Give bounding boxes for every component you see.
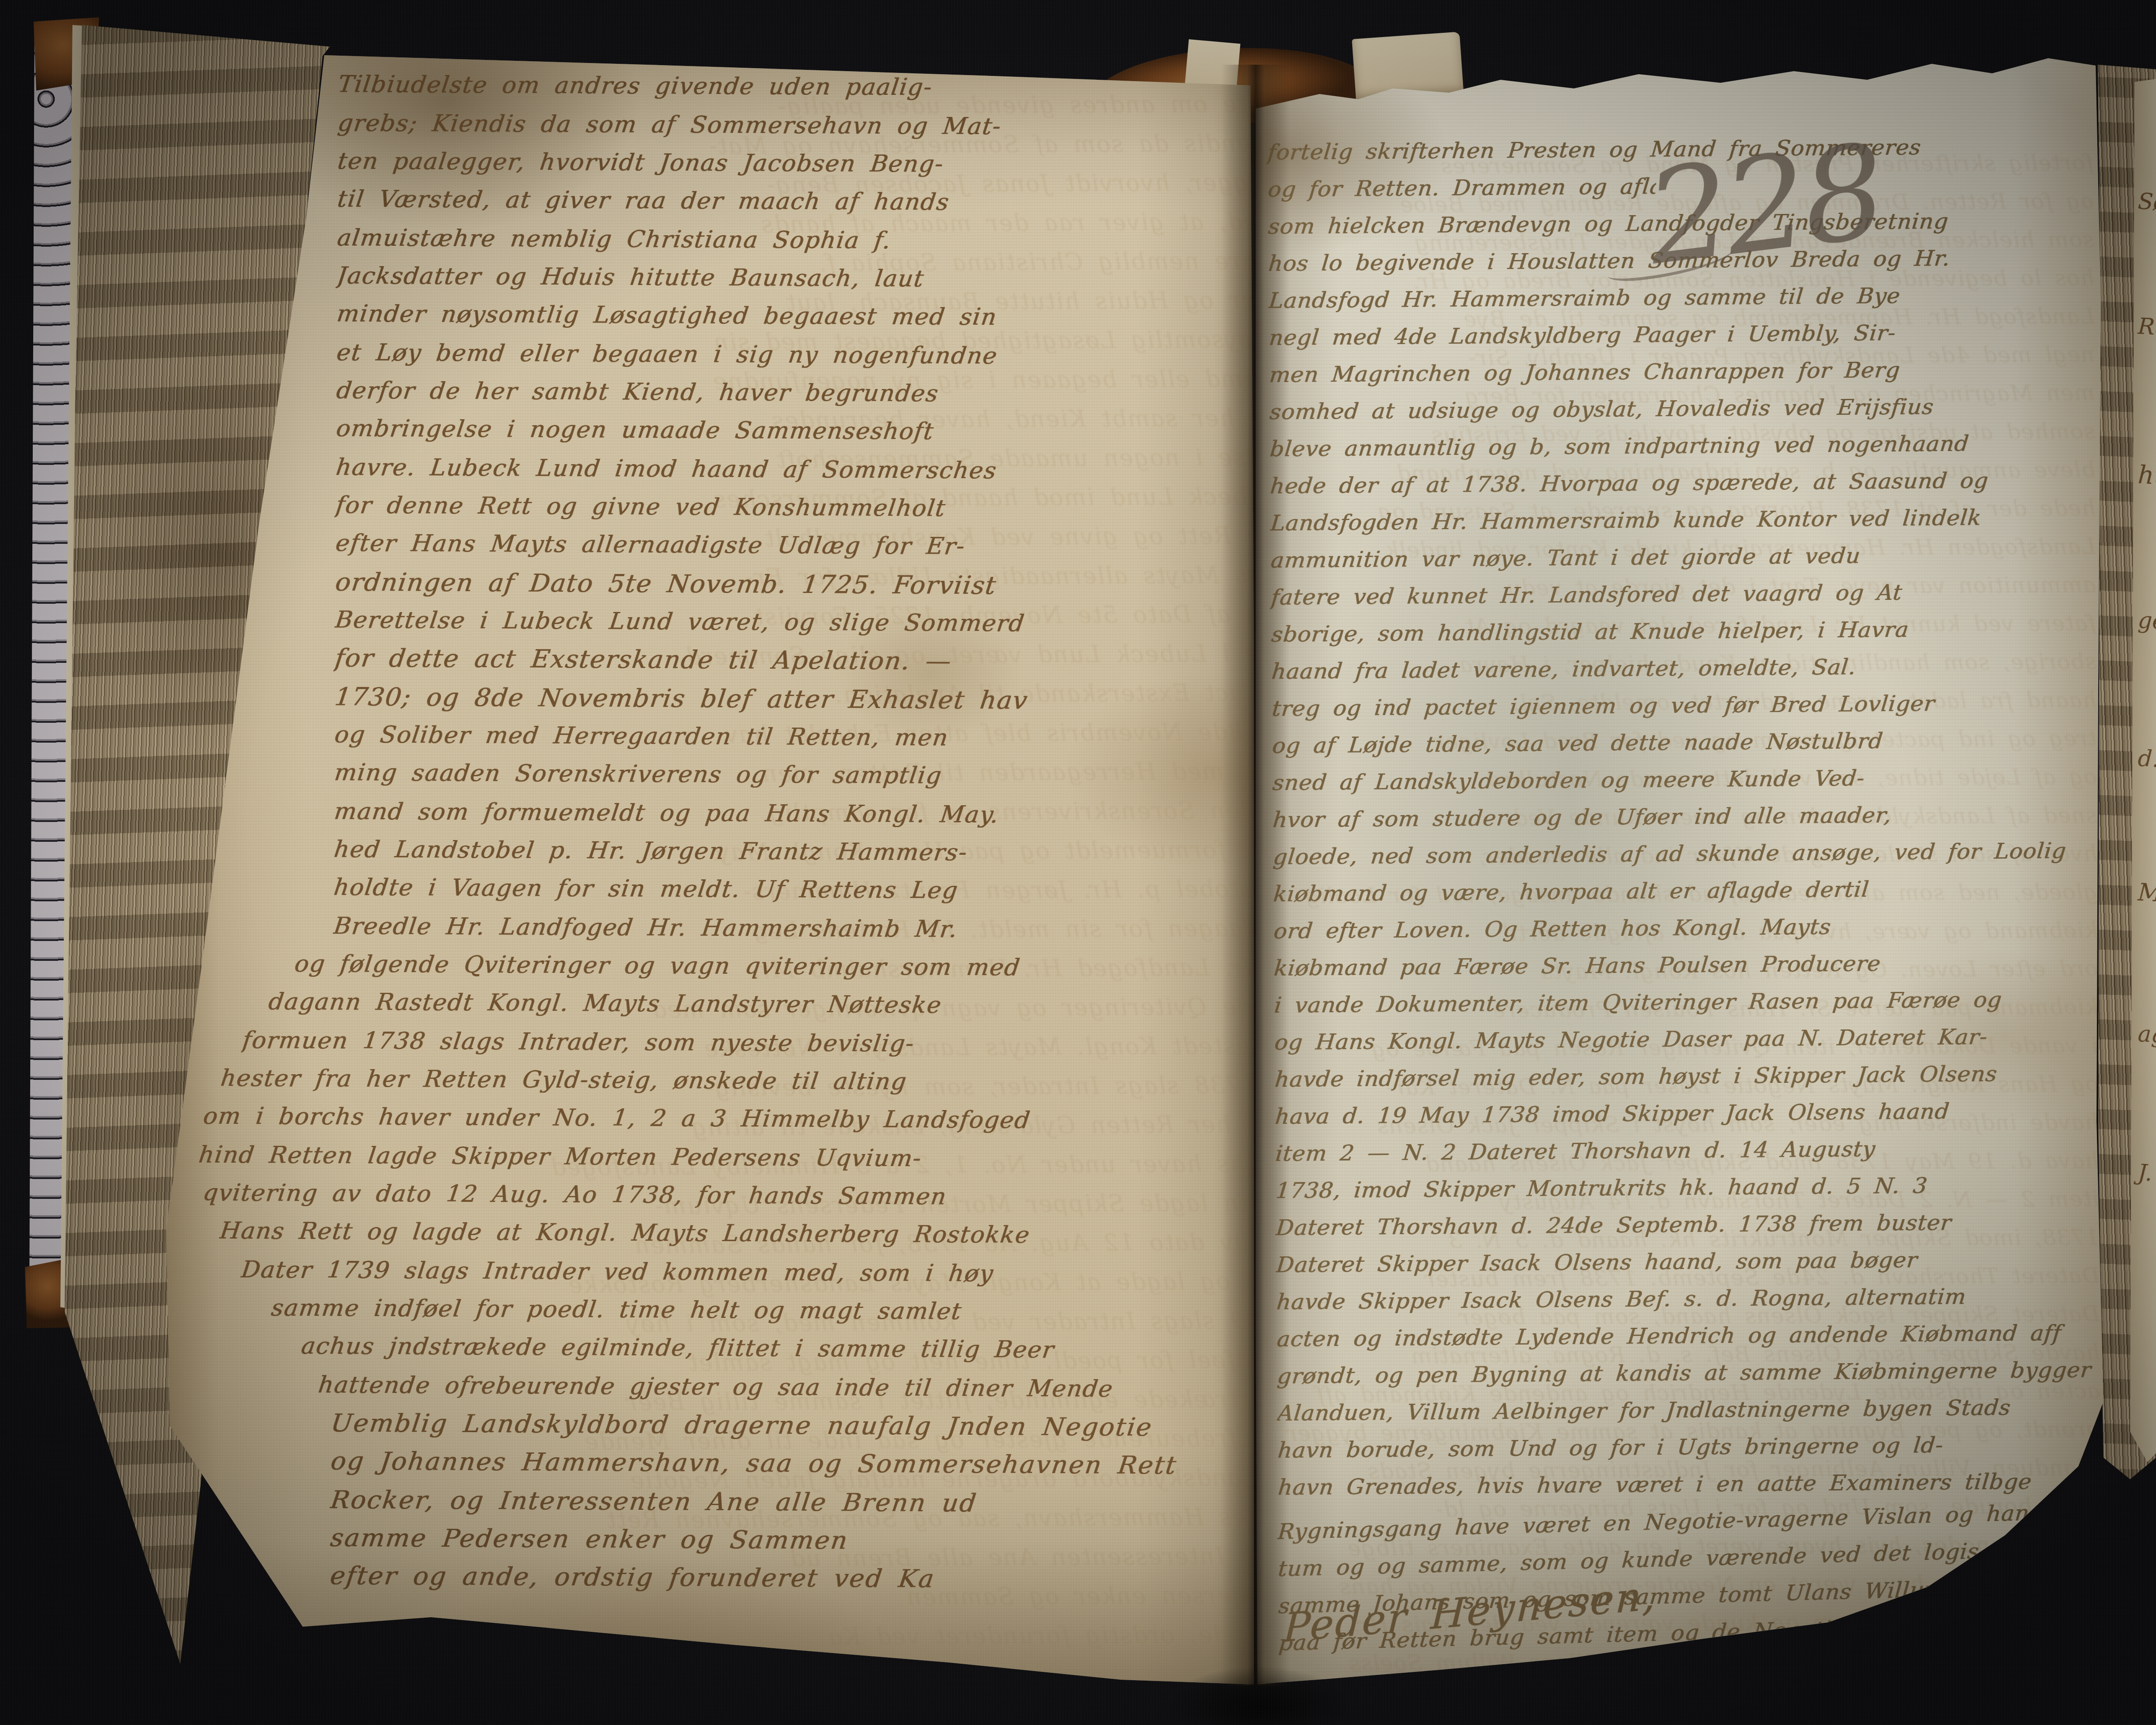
right-page-text: fortelig skrifterhen Presten og Mand fra…	[1267, 128, 2112, 1655]
manuscript-line: 1738, imod Skipper Montrukrits hk. haand…	[1274, 1166, 2109, 1210]
under-leaf-fragment: ge	[2137, 607, 2156, 634]
photo-background: { "colors": { "background": "#111114", "…	[0, 0, 2156, 1725]
manuscript-line: hede der af at 1738. Hvorpaa og spærede,…	[1268, 461, 2104, 505]
right-page: fortelig skrifterhen Presten og Mand fra…	[1253, 55, 2109, 1690]
manuscript-line: Dateret Skipper Isack Olsens haand, som …	[1275, 1240, 2110, 1284]
manuscript-line: hattende ofrebeurende gjester og saa ind…	[316, 1366, 1356, 1410]
protruding-under-leaf: Søyr Ram huitt ge d. May agd J.	[2130, 73, 2156, 1466]
manuscript-line: haand fra ladet varene, indvartet, omeld…	[1270, 647, 2106, 690]
manuscript-line: og Hans Kongl. Mayts Negotie Daser paa N…	[1273, 1018, 2109, 1061]
manuscript-line: og Soliber med Herregaarden til Retten, …	[332, 716, 1372, 759]
manuscript-line: efter og ande, ordstig forunderet ved Ka	[353, 1614, 1379, 1659]
manuscript-line: efter og ande, ordstig forunderet ved Ka	[328, 1557, 1367, 1600]
manuscript-line: efter Hans Mayts allernaadigste Udlæg fo…	[333, 524, 1373, 568]
manuscript-line: for denne Rett og givne ved Konshummelho…	[333, 486, 1373, 530]
under-leaf-fragment: May	[2137, 878, 2156, 909]
manuscript-line: og Johannes Hammershavn, saa og Sommerse…	[329, 1442, 1368, 1486]
under-leaf-fragment: Søyr	[2137, 188, 2156, 217]
manuscript-line: Uemblig Landskyldbord dragerne naufalg J…	[329, 1404, 1368, 1448]
manuscript-line: hind Retten lagde Skipper Morten Pederse…	[196, 1136, 1236, 1179]
under-leaf-fragment: agd	[2137, 1021, 2156, 1049]
manuscript-line: derfor de her sambt Kiend, haver begrund…	[334, 372, 1374, 415]
manuscript-line: samme indføel for poedl. time helt og ma…	[269, 1289, 1309, 1333]
manuscript-line: Alanduen, Villum Aelbinger for Jndlastni…	[1275, 1389, 2111, 1432]
manuscript-line: kiøbmand paa Færøe Sr. Hans Poulsen Prod…	[1272, 944, 2108, 987]
manuscript-line: et Løy bemd eller begaaen i sig ny nogen…	[334, 334, 1374, 377]
manuscript-line: minder nøysomtlig Løsagtighed begaaest m…	[335, 295, 1374, 339]
manuscript-line: Dater 1739 slags Intrader ved kommen med…	[239, 1251, 1279, 1295]
manuscript-line: Jacksdatter og Hduis hitutte Baunsach, l…	[335, 257, 1374, 301]
manuscript-line: qvitering av dato 12 Aug. Ao 1738, for h…	[201, 1174, 1240, 1217]
folio-number: 228	[1639, 122, 1841, 324]
manuscript-line: ten paalegger, hvorvidt Jonas Jacobsen B…	[335, 142, 1375, 186]
manuscript-line: 1730; og 8de Novembris blef atter Exhasl…	[332, 678, 1372, 721]
left-page-text: Tilbiudelste om andres givende uden paal…	[330, 66, 1373, 1600]
manuscript-line: hed Landstobel p. Hr. Jørgen Frantz Hamm…	[332, 831, 1371, 874]
manuscript-line: havde Skipper Isack Olsens Bef. s. d. Ro…	[1275, 1277, 2110, 1321]
manuscript-line: havn borude, som Und og for i Ugts bring…	[1276, 1426, 2112, 1469]
manuscript-line: ming saaden Sorenskriverens og for sampt…	[332, 754, 1372, 797]
manuscript-line: sborige, som handlingstid at Knude hielp…	[1269, 610, 2105, 653]
manuscript-line: samme Pedersen enker og Sammen	[328, 1519, 1368, 1562]
manuscript-line: sned af Landskyldeborden og meere Kunde …	[1271, 758, 2106, 802]
manuscript-line: acten og indstødte Lydende Hendrich og a…	[1275, 1314, 2111, 1358]
manuscript-line: og for Retten. Drammen og aflagde Reigni…	[1266, 169, 1658, 209]
manuscript-line: Dateret Thorshavn d. 24de Septemb. 1738 …	[1274, 1203, 2110, 1247]
manuscript-line: dagann Rastedt Kongl. Mayts Landstyrer N…	[266, 983, 1306, 1026]
manuscript-line: item 2 — N. 2 Dateret Thorshavn d. 14 Au…	[1274, 1129, 2109, 1173]
manuscript-line: og af Løjde tidne, saa ved dette naade N…	[1270, 721, 2106, 765]
manuscript-line: havre. Lubeck Lund imod haand af Sommers…	[334, 448, 1373, 492]
under-leaf-fragment: Ram	[2137, 314, 2156, 342]
manuscript-line: kiøbmand og være, hvorpaa alt er aflagde…	[1272, 869, 2107, 913]
manuscript-line: men Magrinchen og Johannes Chanrappen fo…	[1267, 350, 2103, 394]
manuscript-line: hvor af som studere og de Uføer ind alle…	[1271, 795, 2106, 839]
manuscript-line: Hans Rett og lagde at Kongl. Mayts Lands…	[218, 1212, 1257, 1255]
under-leaf-fragment: huitt	[2137, 460, 2156, 492]
manuscript-line: fatere ved kunnet Hr. Landsfored det vaa…	[1269, 573, 2105, 616]
manuscript-line: Berettelse i Lubeck Lund været, og slige…	[333, 601, 1373, 645]
under-leaf-fragment: J.	[2137, 1160, 2153, 1186]
manuscript-line: ammunition var nøye. Tant i det giorde a…	[1269, 536, 2105, 579]
manuscript-line: treg og ind pactet igiennem og ved før B…	[1270, 684, 2106, 728]
manuscript-line: paa før Retten brug samt item og de Nego…	[1282, 1679, 2102, 1722]
manuscript-line: achus jndstrækede egilminde, flittet i s…	[299, 1327, 1338, 1371]
under-leaf-fragment: d.	[2137, 746, 2156, 773]
manuscript-line: hester fra her Retten Gyld-steig, ønsked…	[218, 1059, 1258, 1103]
manuscript-line: somhed at udsiuge og obyslat, Hovaledis …	[1268, 387, 2103, 431]
manuscript-line: ord efter Loven. Og Retten hos Kongl. Ma…	[1272, 906, 2108, 950]
manuscript-line: ordningen af Dato 5te Novemb. 1725. Forv…	[333, 563, 1373, 607]
manuscript-line: bleve anmauntlig og b, som indpartning v…	[1268, 424, 2104, 468]
manuscript-line: Landsfogden Hr. Hammersraimb kunde Konto…	[1269, 499, 2104, 542]
manuscript-line: Breedle Hr. Landfoged Hr. Hammershaimb M…	[331, 907, 1371, 951]
manuscript-line: grebs; Kiendis da som af Sommersehavn og…	[335, 104, 1375, 148]
manuscript-line: gloede, ned som anderledis af ad skunde …	[1271, 832, 2107, 876]
manuscript-line: om i borchs haver under No. 1, 2 a 3 Him…	[201, 1097, 1241, 1141]
margin-note-octobr: Octobr	[2041, 1527, 2112, 1557]
manuscript-line: holdte i Vaagen for sin meldt. Uf Retten…	[332, 869, 1371, 912]
manuscript-line: mand som formuemeldt og paa Hans Kongl. …	[332, 793, 1372, 836]
torn-paper-tab-small	[1185, 39, 1240, 91]
manuscript-line: for dette act Exsterskande til Apelation…	[332, 639, 1372, 683]
manuscript-line: ombringelse i nogen umaade Sammenseshoft	[334, 410, 1373, 453]
manuscript-line: grøndt, og pen Bygning at kandis at samm…	[1275, 1352, 2111, 1395]
manuscript-line: til Værsted, at giver raa der maach af h…	[335, 180, 1375, 224]
manuscript-line: i vande Dokumenter, item Qviteringer Ras…	[1272, 981, 2108, 1024]
manuscript-line: almuistæhre nemblig Christiana Sophia f.	[335, 219, 1375, 263]
manuscript-line: formuen 1738 slags Intrader, som nyeste …	[240, 1022, 1280, 1065]
left-page: Tilbiudelste om andres givende uden paal…	[164, 52, 1257, 1688]
manuscript-line: og følgende Qviteringer og vagn qviterin…	[292, 945, 1332, 988]
manuscript-line: hava d. 19 May 1738 imod Skipper Jack Ol…	[1273, 1092, 2109, 1135]
manuscript-line: Rocker, og Interessenten Ane alle Brenn …	[328, 1481, 1368, 1524]
manuscript-line: havde indførsel mig eder, som høyst i Sk…	[1273, 1055, 2109, 1098]
